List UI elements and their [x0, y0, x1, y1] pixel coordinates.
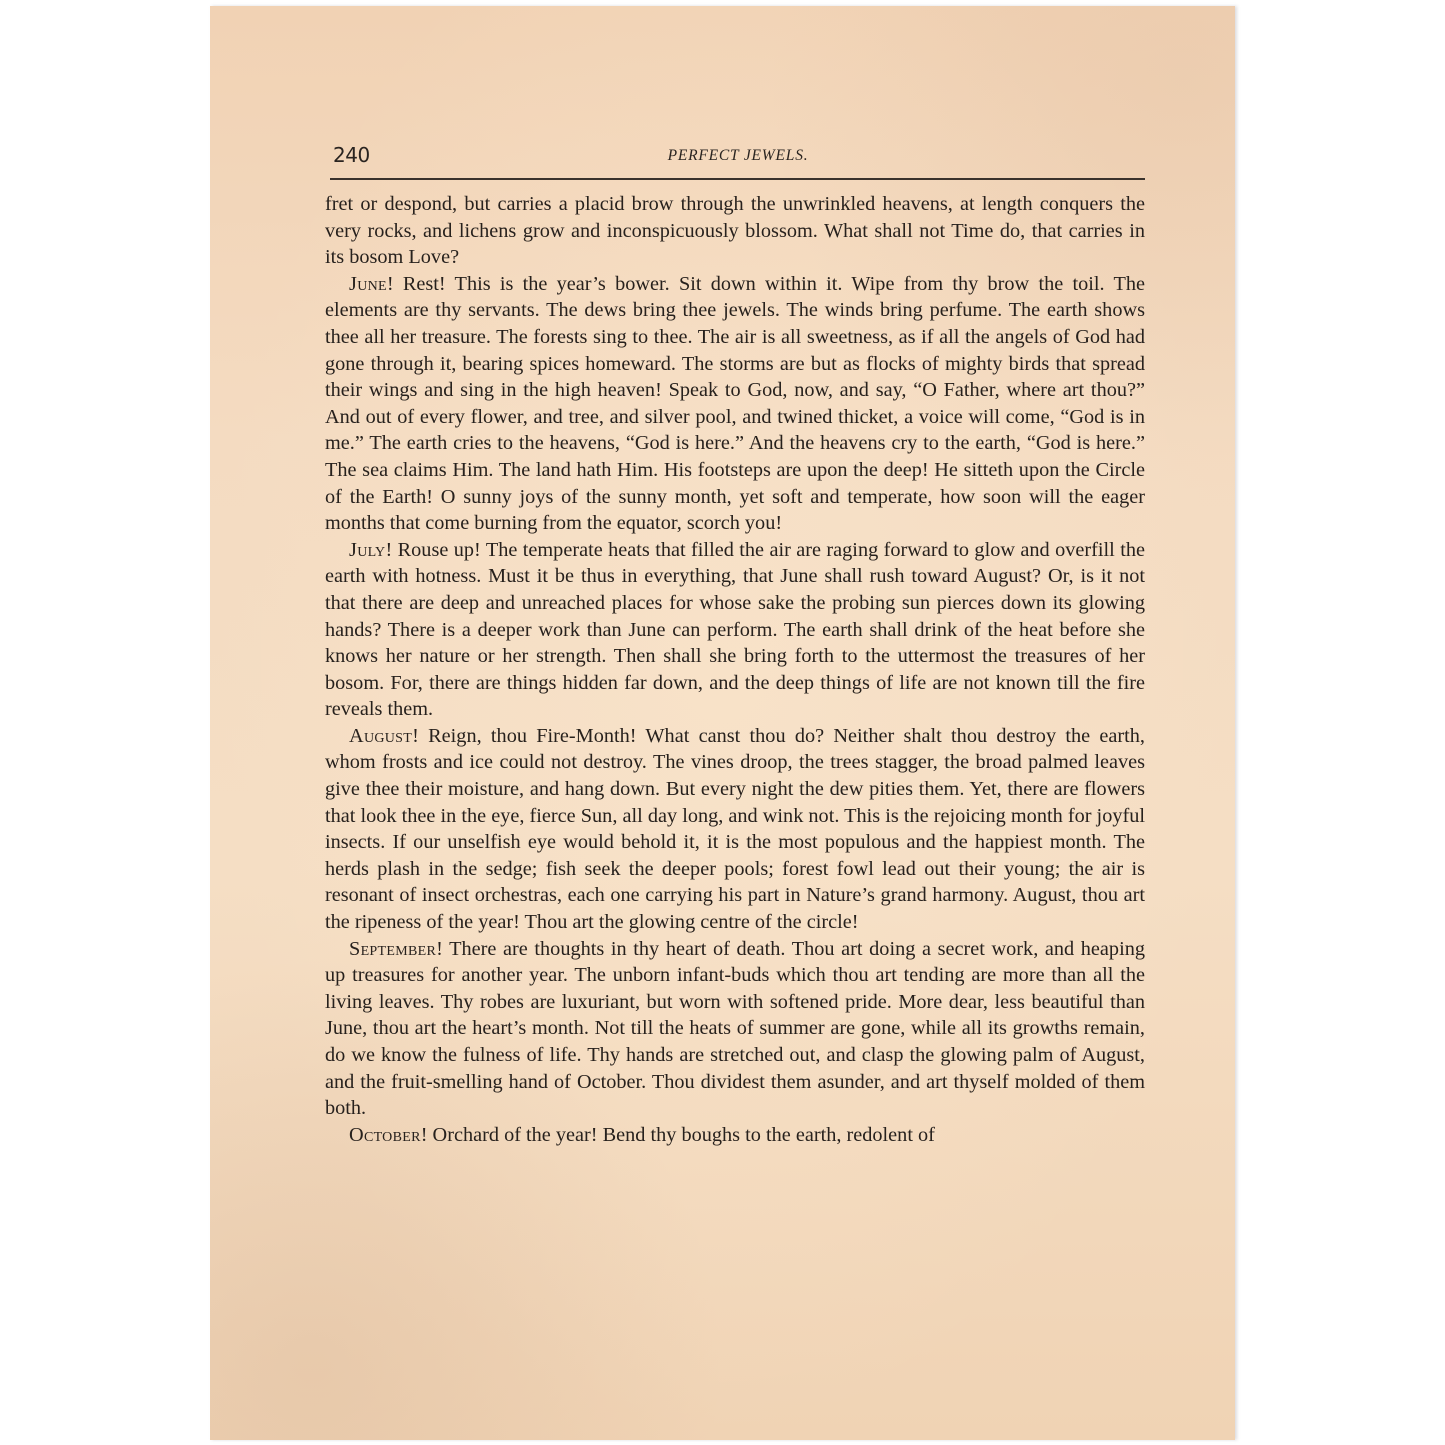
running-title: PERFECT JEWELS.: [333, 147, 1143, 165]
paragraph-text: ! Orchard of the year! Bend thy boughs t…: [421, 1124, 935, 1146]
paragraph-text: ! Rest! This is the year’s bower. Sit do…: [325, 273, 1145, 534]
month-heading-september: September: [349, 938, 436, 960]
header-rule-divider: [330, 178, 1145, 180]
month-heading-june: June: [349, 273, 387, 295]
paragraph-text: ! Rouse up! The temperate heats that fil…: [325, 539, 1145, 721]
paragraph-october: October! Orchard of the year! Bend thy b…: [325, 1122, 1145, 1149]
month-heading-july: July: [349, 539, 385, 561]
paragraph-text: ! There are thoughts in thy heart of dea…: [325, 938, 1145, 1120]
paragraph-text: ! Reign, thou Fire-Month! What canst tho…: [325, 725, 1145, 933]
paragraph-july: July! Rouse up! The temperate heats that…: [325, 537, 1145, 723]
month-heading-october: October: [349, 1124, 421, 1146]
month-heading-august: August: [349, 725, 412, 747]
paragraph-august: August! Reign, thou Fire-Month! What can…: [325, 723, 1145, 936]
paragraph-text: fret or despond, but carries a placid br…: [325, 193, 1145, 268]
paragraph-continuation: fret or despond, but carries a placid br…: [325, 191, 1145, 271]
paragraph-september: September! There are thoughts in thy hea…: [325, 936, 1145, 1122]
paragraph-june: June! Rest! This is the year’s bower. Si…: [325, 271, 1145, 537]
body-text: fret or despond, but carries a placid br…: [325, 191, 1145, 1148]
running-head: 240 PERFECT JEWELS.: [333, 143, 1143, 177]
